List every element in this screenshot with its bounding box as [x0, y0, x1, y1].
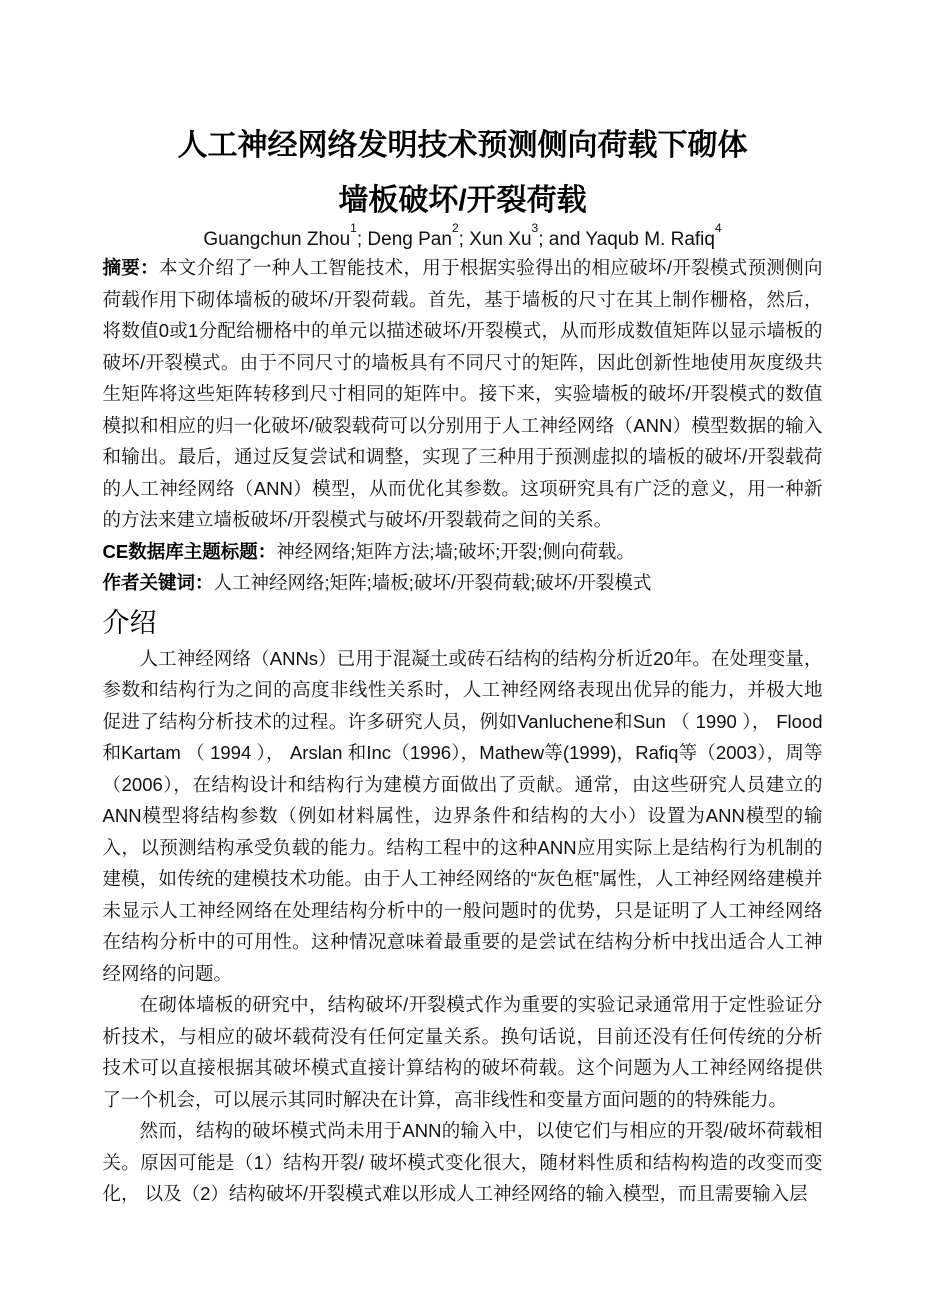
paper-title: 人工神经网络发明技术预测侧向荷载下砌体 墙板破坏/开裂荷载 [103, 118, 823, 228]
intro-paragraph-3: 然而，结构的破坏模式尚未用于ANN的输入中，以使它们与相应的开裂/破坏荷载相关。… [103, 1115, 823, 1210]
ce-database-label: CE数据库主题标题： [103, 541, 277, 562]
keywords-line: 作者关键词：人工神经网络;矩阵;墙板;破坏/开裂荷载;破坏/开裂模式 [103, 567, 823, 599]
author-affiliation-superscript: 4 [715, 221, 722, 235]
keywords-text: 人工神经网络;矩阵;墙板;破坏/开裂荷载;破坏/开裂模式 [214, 572, 652, 593]
paper-title-line-2: 墙板破坏/开裂荷载 [103, 173, 823, 228]
abstract-paragraph: 摘要：本文介绍了一种人工智能技术，用于根据实验得出的相应破坏/开裂模式预测侧向荷… [103, 252, 823, 536]
ce-database-line: CE数据库主题标题：神经网络;矩阵方法;墙;破坏;开裂;侧向荷载。 [103, 536, 823, 568]
author-affiliation-superscript: 3 [532, 221, 539, 235]
paper-title-line-1: 人工神经网络发明技术预测侧向荷载下砌体 [103, 118, 823, 173]
abstract-label: 摘要： [103, 257, 159, 278]
ce-database-text: 神经网络;矩阵方法;墙;破坏;开裂;侧向荷载。 [276, 541, 635, 562]
authors-line: Guangchun Zhou1; Deng Pan2; Xun Xu3; and… [103, 228, 823, 252]
author-name: Yaqub M. Rafiq4 [585, 229, 721, 250]
section-heading-introduction: 介绍 [103, 605, 823, 641]
author-separator: ; [357, 229, 368, 250]
author-affiliation-superscript: 2 [452, 221, 459, 235]
document-page: 人工神经网络发明技术预测侧向荷载下砌体 墙板破坏/开裂荷载 Guangchun … [0, 0, 925, 1309]
abstract-text: 本文介绍了一种人工智能技术，用于根据实验得出的相应破坏/开裂模式预测侧向荷载作用… [103, 257, 823, 530]
intro-paragraph-2: 在砌体墙板的研究中，结构破坏/开裂模式作为重要的实验记录通常用于定性验证分析技术… [103, 989, 823, 1115]
author-name: Deng Pan2; [367, 229, 469, 250]
page-content: 人工神经网络发明技术预测侧向荷载下砌体 墙板破坏/开裂荷载 Guangchun … [103, 0, 823, 1210]
intro-paragraph-1: 人工神经网络（ANNs）已用于混凝土或砖石结构的结构分析近20年。在处理变量，参… [103, 643, 823, 990]
author-name: Guangchun Zhou1; [203, 229, 367, 250]
author-separator: ; and [538, 229, 585, 250]
keywords-label: 作者关键词： [103, 572, 214, 593]
author-name: Xun Xu3; and [469, 229, 585, 250]
author-separator: ; [459, 229, 470, 250]
author-affiliation-superscript: 1 [350, 221, 357, 235]
